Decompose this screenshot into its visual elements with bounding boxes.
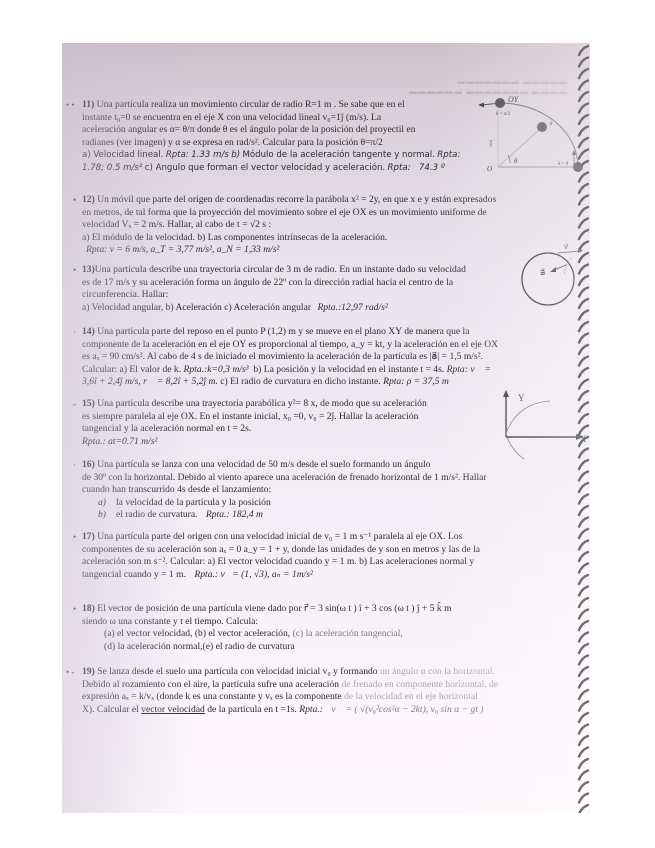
figure-circle-acceleration: v⃗ a⃗ [498,241,586,307]
rpta: Rpta: v = 6 m/s, a_T = 3,77 m/s², a_N = … [82,244,279,255]
problem-text-line: El vector de posición de una partícula v… [97,603,451,614]
problem-text-line-faded: un ángulo α con la horizontal. [380,666,495,677]
underlined-term: vector velocidad [141,704,205,715]
problem-text-line: es de 17 m/s y su aceleración forma un á… [82,277,453,288]
label-j: ĵ [489,139,493,147]
problem-number: 12) [82,194,95,205]
problem-text-line: es siempre paralela al eje OX. En el ins… [82,411,418,422]
problem-text-line: Una partícula parte del origen con una v… [97,531,462,542]
part-c: c) Angulo que forman el vector velocidad… [145,163,385,173]
problem-text-line: aceleración angular es α= θ/π donde θ es… [82,124,416,135]
sub-item-text: la velocidad de la partícula y la posici… [116,497,271,508]
rpta: Rpta.: 182,4 m [206,509,263,520]
rpta: Rpta.: [299,704,323,715]
rpta: Rpta.: v⃗= (1, √3), aₙ = 1m/s² [194,569,313,580]
problem-text-line: Debido al rozamiento con el aire, la par… [82,679,339,690]
rpta: Rpta.:k=0,3 m/s³ [184,364,249,375]
rpta: Rpta: v⃗ = [447,364,491,375]
rpta-label: Rpta: [388,163,411,173]
figure-parabola: Y X [492,389,590,459]
problem-text-line: circunferencia. Hallar: [82,289,168,300]
problem-text-line: aceleración son m s⁻². Calcular: a) El v… [82,556,474,567]
rpta-label: Rpta: [166,150,189,160]
problem-text-line: componentes de su aceleración son aₓ = 0… [82,544,480,555]
problem-number: 11) [82,99,94,110]
bullet: · [73,459,76,472]
problem-text-line: instante t₀=0 se encuentra en el eje X c… [82,112,381,123]
label-oy: OY [508,95,520,104]
bullet: • [73,603,76,616]
problem-text-line: cuando han transcurrido 4s desde el lanz… [82,484,271,495]
problem-text-line: en metros, de tal forma que la proyecció… [82,207,487,218]
problem-number: 13) [82,264,95,275]
problem-17: • 17) Una partícula parte del origen con… [82,531,557,581]
problem-text-line-faded: de frenado en componente horizontal, de [341,679,498,690]
problem-text-line: componente de la aceleración en el eje O… [82,339,498,350]
rpta-label: Rpta: [437,150,460,160]
scanned-page: ▬▬▬▬▬ ▬▬▬▬▬▬▬▬▬▬▬ ▬▬▬▬▬▬▬ ▬▬▬▬▬▬ • • 11)… [62,43,590,813]
label-v: v⃗ [564,243,568,251]
problem-text-line: velocidad Vₓ = 2 m/s. Hallar, al cabo de… [82,219,271,230]
problem-parts: a) Velocidad angular, b) Aceleración c) … [82,302,311,313]
part-a: a) Velocidad lineal. [82,150,163,160]
problem-15: - 15) Una partícula describe una trayect… [82,398,464,448]
part-b: b) La posición y la velocidad en el inst… [253,364,444,375]
problem-text-line: es aₓ = 90 cm/s². Al cabo de 4 s de inic… [82,351,483,362]
label-x-axis: X [580,434,587,444]
label-theta-top: θ = π/2 [496,112,511,117]
problem-text-line: (a) el vector velocidad, (b) el vector a… [82,628,290,639]
bullet: - [73,398,76,411]
problem-text-line: Una partícula describe una trayectoria p… [97,398,427,409]
problem-number: 16) [82,459,95,470]
problem-19: • - 19) Se lanza desde el suelo una part… [82,666,557,716]
rpta-value: 74.3 º [419,163,445,173]
problem-text-line: tangencial cuando y = 1 m. [82,569,186,580]
label-origin: O [487,165,492,173]
rpta: Rpta.: at=0.71 m/s² [82,436,157,447]
problem-text-line: Se lanza desde el suelo una partícula co… [97,666,377,677]
problem-number: 19) [82,666,95,677]
part-b: Módulo de la aceleración tangente y norm… [242,150,434,160]
problem-number: 17) [82,531,95,542]
problem-text-line: Una partícula describe una trayectoria c… [95,264,466,275]
problem-11: • • 11) Una partícula realiza un movimie… [82,99,482,175]
sub-item-b: b) el radio de curvatura. Rpta.: 182,4 m [82,509,557,522]
problem-text-line: (d) la aceleración normal,(e) el radio d… [82,641,295,652]
sub-item-text: el radio de curvatura. [116,509,198,520]
problem-text-line: siendo ω una constante y t el tiempo. Ca… [82,616,258,627]
rpta: Rpta.:12,97 rad/s² [317,302,387,313]
problem-12: • 12) Un móvil que parte del origen de c… [82,194,568,257]
rpta-value: 3,6î + 2,4ĵ m/s, r⃗ = 8,2î + 5,2ĵ m. [82,376,218,387]
problem-number: 14) [82,326,95,337]
label-theta-angle: θ [514,157,518,165]
bullet: · [73,326,76,339]
label-theta-zero: θ = 0 [558,162,569,167]
problem-text-line: Una partícula se lanza con una velocidad… [97,459,430,470]
problem-text-line: Un móvil que parte del origen de coorden… [97,194,496,205]
problem-text-line: expresión aₓ = k/vₓ (donde k es una cons… [82,691,342,702]
bullet: • • [66,99,75,112]
rpta-value: v⃗ = ( √(v₀²cos²α − 2kt), v₀ sin α − gt … [331,704,483,715]
figure-circular-motion: OY θ = π/2 θ θ θ = 0 O ĵ [470,95,585,177]
rpta-value: 1.33 m/s [191,150,229,160]
problem-text-line: radianes (ver imagen) y α se expresa en … [82,137,383,148]
bullet: • - [66,666,74,679]
part-b-label: b) [231,150,240,160]
problem-parts: a) El módulo de la velocidad. b) Las com… [82,232,387,243]
problem-text-line-faded: (c) la aceleración tangencial, [293,628,403,639]
problem-16: · 16) Una partícula se lanza con una vel… [82,459,557,522]
problem-text-line-faded: de la velocidad en el eje horizontal [344,691,478,702]
problem-text-line: de la partícula en t =1s. [207,704,297,715]
part-a: Calcular: a) El valor de k. [82,364,181,375]
rpta: Rpta: ρ = 37,5 m [383,376,449,387]
problem-14: · 14) Una partícula parte del reposo en … [82,326,572,389]
problem-text-line: Una partícula parte del reposo en el pun… [97,326,469,337]
sub-item-label: b) [98,509,106,522]
bullet: • [73,264,76,277]
problem-text-line: tangencial y la aceleración normal en t … [82,423,251,434]
sub-item-label: a) [98,497,106,510]
bullet: • [73,194,76,207]
problem-text-line: X). Calcular el [82,704,139,715]
bullet: • [73,531,76,544]
problem-18: • 18) El vector de posición de una partí… [82,603,557,653]
label-a: a⃗ [540,267,546,277]
problem-number: 18) [82,603,95,614]
label-theta-mid: θ [550,122,553,127]
part-c: c) El radio de curvatura en dicho instan… [220,376,380,387]
label-y-axis: Y [518,393,525,403]
problem-text-line: de 30º con la horizontal. Debido al vien… [82,472,487,483]
problem-number: 15) [82,398,95,409]
rpta-value: 1.78; 0.5 m/s² [82,163,142,173]
sub-item-a: a) la velocidad de la partícula y la pos… [82,497,557,510]
problem-13: • 13)Una partícula describe una trayecto… [82,264,497,314]
problem-text-line: Una partícula realiza un movimiento circ… [97,99,405,110]
